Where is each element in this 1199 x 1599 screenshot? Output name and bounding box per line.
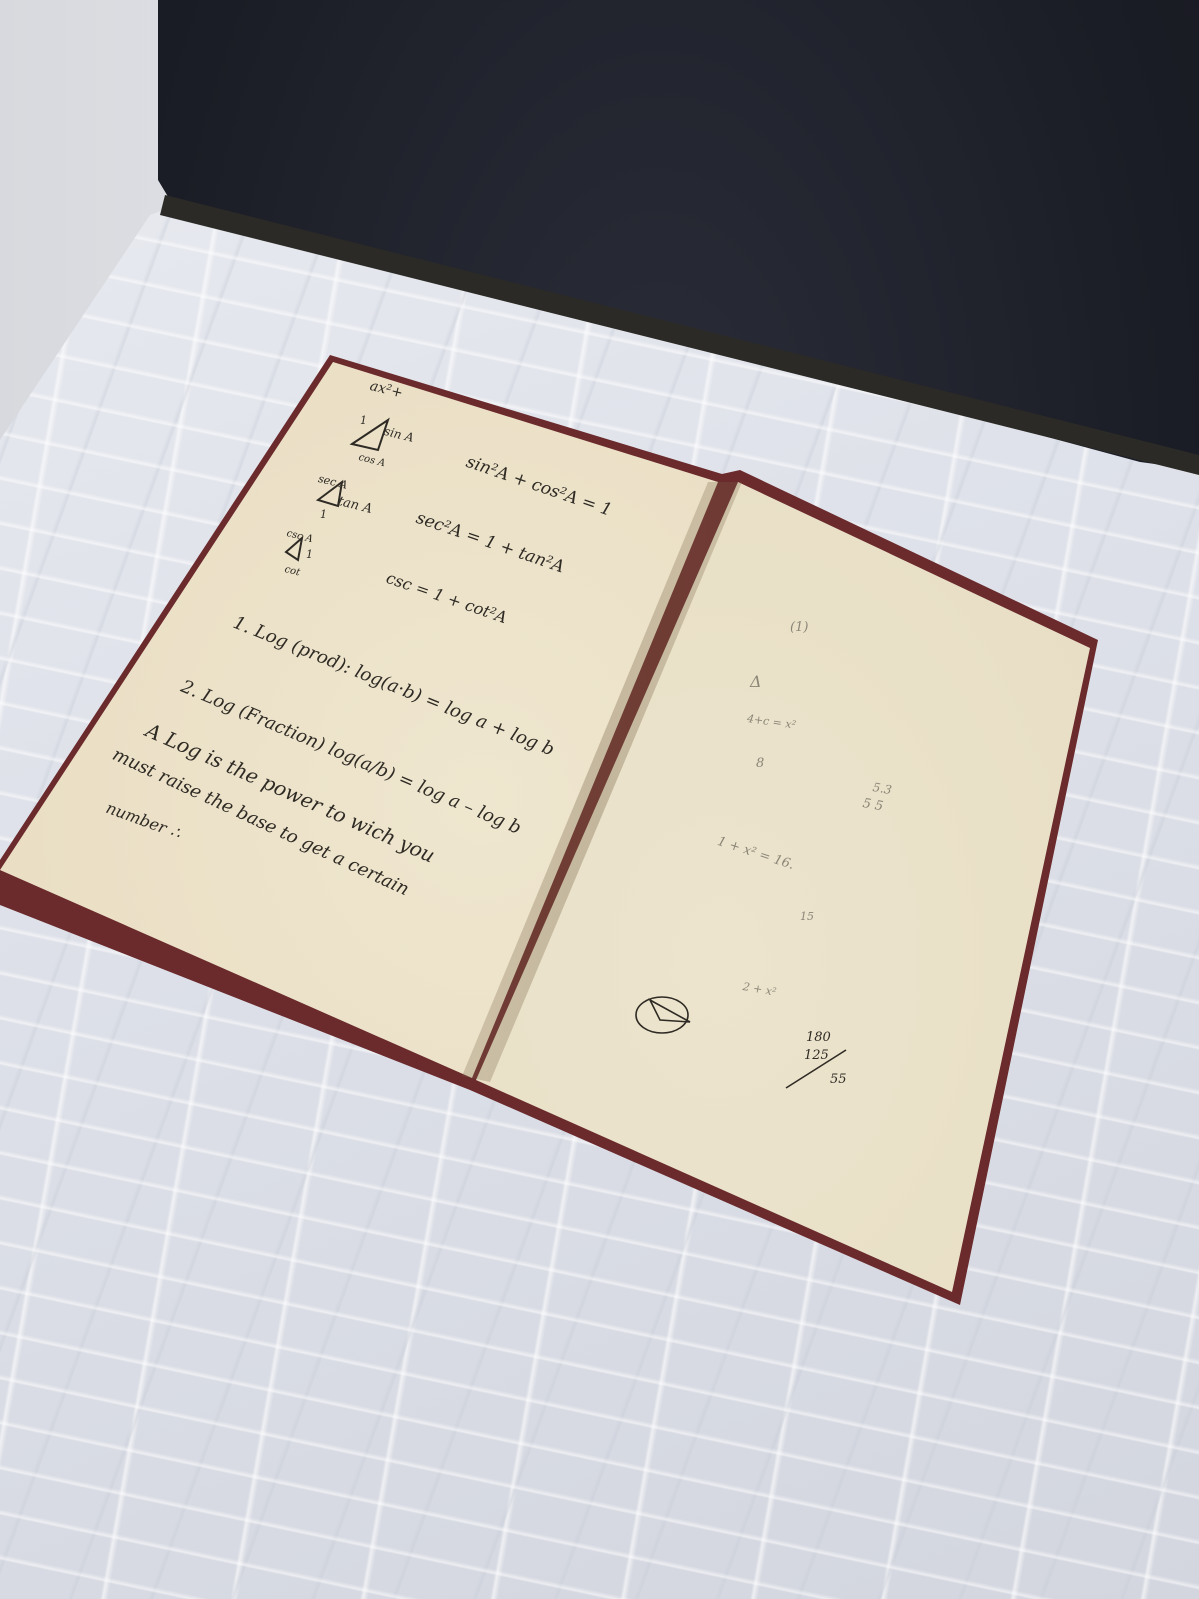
triangle-2-bottom-label: 1 bbox=[320, 508, 327, 521]
delta-note: Δ bbox=[750, 672, 762, 691]
subtraction-top: 180 bbox=[806, 1030, 831, 1045]
triangle-1-side-label: 1 bbox=[360, 414, 367, 427]
subtraction-result: 55 bbox=[830, 1072, 847, 1087]
faint-note-1: (1) bbox=[790, 620, 808, 635]
subtraction-middle: 125 bbox=[804, 1048, 829, 1063]
triangle-diagrams bbox=[0, 0, 1199, 1599]
faint-note-4: 8 bbox=[756, 756, 764, 771]
triangle-3-right-label: 1 bbox=[306, 548, 313, 561]
faint-note-8: 15 bbox=[800, 910, 814, 923]
circle-sketch-icon bbox=[636, 997, 690, 1033]
